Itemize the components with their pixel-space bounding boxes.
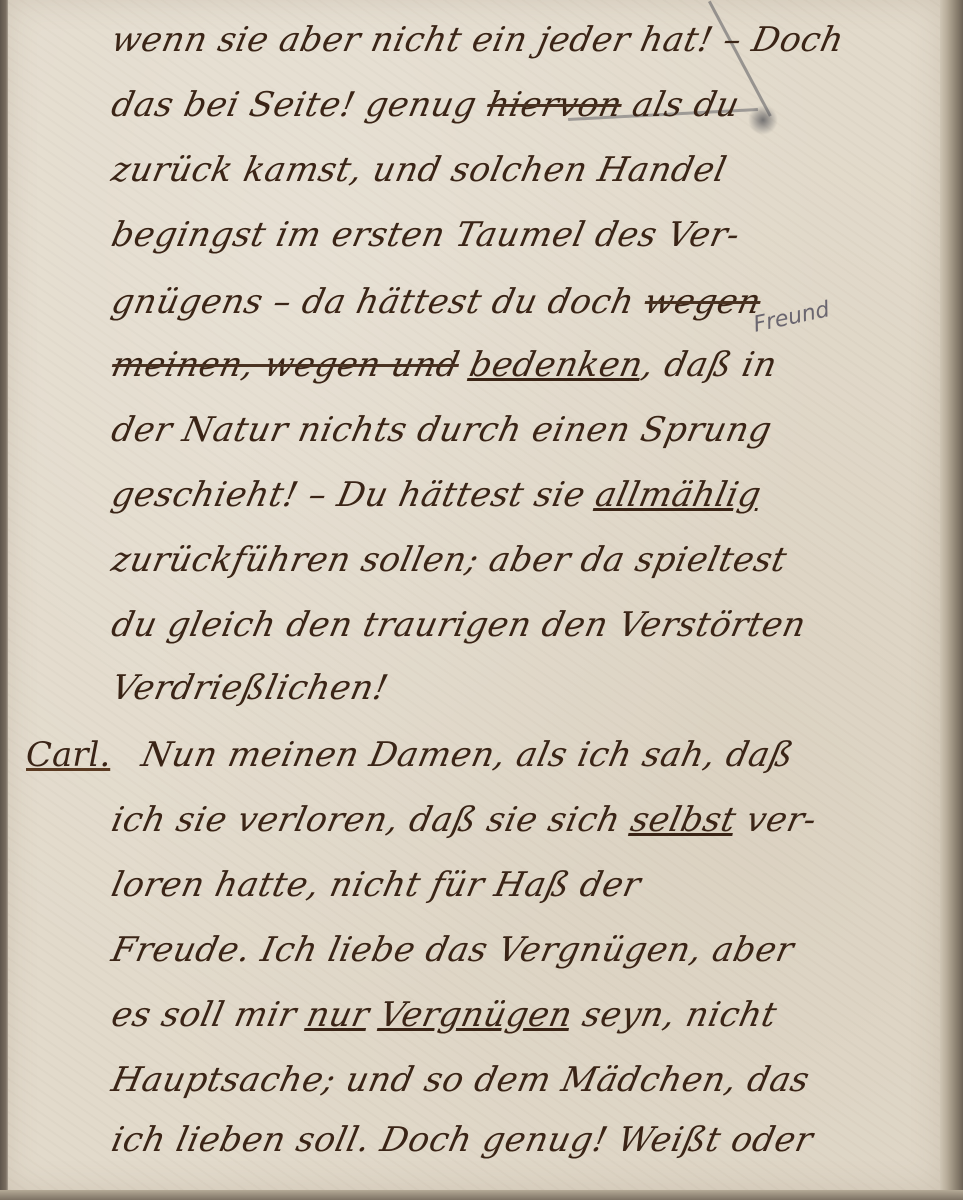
line-text: Hauptsache; und so dem Mädchen, das — [108, 1060, 813, 1100]
line-text: wenn sie aber nicht ein jeder hat! – Doc… — [108, 20, 848, 60]
pencil-smudge-mark — [748, 105, 778, 135]
speaker-label: Carl. — [26, 735, 110, 775]
manuscript-line-18: ich lieben soll. Doch genug! Weißt oder — [108, 1120, 817, 1160]
book-binding-edge — [940, 0, 963, 1200]
line-text: , daß in — [638, 345, 780, 385]
struck-word: hiervon — [483, 85, 626, 125]
manuscript-line-12: Nun meinen Damen, als ich sah, daß — [138, 735, 797, 775]
manuscript-line-2: das bei Seite! genug hiervon als du — [108, 85, 743, 125]
manuscript-line-16: es soll mir nur Vergnügen seyn, nicht — [108, 995, 781, 1035]
manuscript-line-3: zurück kamst, und solchen Handel — [108, 150, 730, 190]
manuscript-line-17: Hauptsache; und so dem Mädchen, das — [108, 1060, 813, 1100]
manuscript-line-13: ich sie verloren, daß sie sich selbst ve… — [108, 800, 820, 840]
manuscript-line-9: zurückführen sollen; aber da spieltest — [108, 540, 791, 580]
manuscript-line-8: geschieht! – Du hättest sie allmählig — [108, 475, 765, 515]
line-text: ver- — [731, 800, 820, 840]
manuscript-page: wenn sie aber nicht ein jeder hat! – Doc… — [8, 0, 942, 1192]
manuscript-line-14: loren hatte, nicht für Haß der — [108, 865, 644, 905]
page-bottom-edge — [0, 1190, 963, 1200]
manuscript-line-5: gnügens – da hättest du doch wegen — [108, 282, 765, 322]
manuscript-line-11: Verdrießlichen! — [108, 668, 392, 708]
manuscript-scan: wenn sie aber nicht ein jeder hat! – Doc… — [0, 0, 963, 1200]
line-text: Freude. Ich liebe das Vergnügen, aber — [108, 930, 798, 970]
line-text: geschieht! – Du hättest sie — [108, 475, 600, 515]
line-text: du gleich den traurigen den Verstörten — [108, 605, 810, 645]
line-text: loren hatte, nicht für Haß der — [108, 865, 644, 905]
manuscript-line-1: wenn sie aber nicht ein jeder hat! – Doc… — [108, 20, 848, 60]
underlined-word: bedenken — [466, 345, 647, 385]
manuscript-line-10: du gleich den traurigen den Verstörten — [108, 605, 810, 645]
manuscript-line-4: begingst im ersten Taumel des Ver- — [108, 215, 744, 255]
manuscript-line-7: der Natur nichts durch einen Sprung — [108, 410, 775, 450]
underlined-word: nur — [303, 995, 373, 1035]
line-text: gnügens – da hättest du doch — [108, 282, 649, 322]
underlined-word: selbst — [627, 800, 740, 840]
line-text: das bei Seite! genug — [108, 85, 492, 125]
line-text: ich lieben soll. Doch genug! Weißt oder — [108, 1120, 817, 1160]
line-text: zurückführen sollen; aber da spieltest — [108, 540, 791, 580]
underlined-word: Vergnügen — [376, 995, 576, 1035]
line-text: Nun meinen Damen, als ich sah, daß — [138, 735, 797, 775]
line-text: Verdrießlichen! — [108, 668, 392, 708]
line-text: es soll mir — [108, 995, 312, 1035]
line-text: ich sie verloren, daß sie sich — [108, 800, 636, 840]
line-text: als du — [617, 85, 743, 125]
manuscript-line-6: meinen, wegen und bedenken, daß in — [108, 345, 781, 385]
underlined-word: allmählig — [592, 475, 765, 515]
struck-word: wegen — [641, 282, 765, 322]
line-text: begingst im ersten Taumel des Ver- — [108, 215, 744, 255]
manuscript-line-15: Freude. Ich liebe das Vergnügen, aber — [108, 930, 798, 970]
line-text: der Natur nichts durch einen Sprung — [108, 410, 775, 450]
struck-words: meinen, wegen und — [108, 345, 463, 385]
pencil-annotation: Freund — [751, 297, 832, 337]
line-text: zurück kamst, und solchen Handel — [108, 150, 730, 190]
line-text: seyn, nicht — [568, 995, 781, 1035]
